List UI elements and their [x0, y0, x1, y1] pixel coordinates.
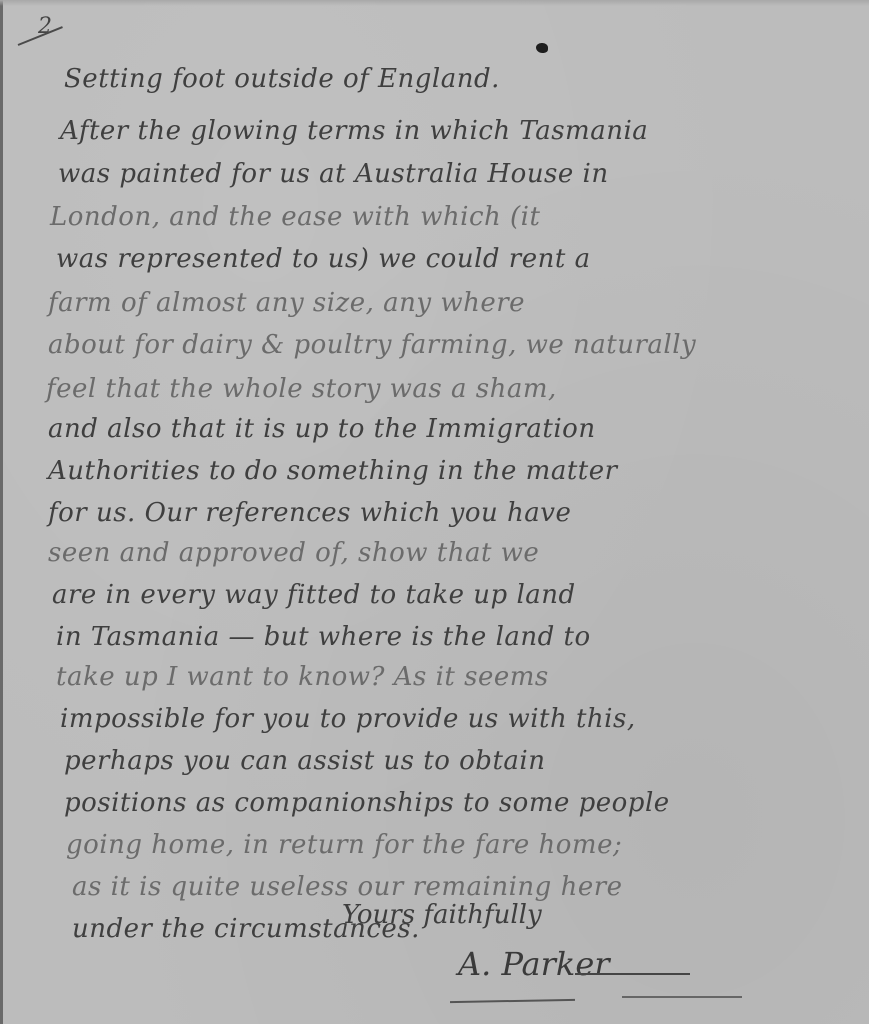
- letter-line: After the glowing terms in which Tasmani…: [60, 116, 648, 146]
- scan-edge: [0, 0, 3, 1024]
- letter-line: was represented to us) we could rent a: [56, 244, 591, 274]
- letter-line: perhaps you can assist us to obtain: [64, 746, 545, 776]
- letter-line: about for dairy & poultry farming, we na…: [48, 330, 696, 360]
- ink-blot: [536, 43, 548, 53]
- rule-line: [622, 996, 742, 998]
- letter-line: farm of almost any size, any where: [48, 288, 525, 318]
- letter-line: are in every way fitted to take up land: [52, 580, 576, 610]
- letter-line: impossible for you to provide us with th…: [60, 704, 636, 734]
- signature-underline: [575, 973, 690, 975]
- letter-line: was painted for us at Australia House in: [58, 159, 609, 189]
- letter-line: seen and approved of, show that we: [48, 538, 539, 568]
- letter-line: as it is quite useless our remaining her…: [72, 872, 623, 902]
- letter-line: take up I want to know? As it seems: [56, 662, 549, 692]
- letter-line: and also that it is up to the Immigratio…: [48, 414, 596, 444]
- letter-line: for us. Our references which you have: [48, 498, 571, 528]
- letter-line: in Tasmania — but where is the land to: [56, 622, 591, 652]
- scan-shadow: [0, 0, 869, 6]
- signature: A. Parker: [458, 945, 610, 983]
- letter-line: positions as companionships to some peop…: [64, 788, 670, 818]
- letter-line: going home, in return for the fare home;: [66, 830, 622, 860]
- letter-line: Setting foot outside of England.: [64, 64, 500, 94]
- closing: Yours faithfully: [342, 900, 542, 930]
- letter-line: Authorities to do something in the matte…: [48, 456, 618, 486]
- rule-line: [450, 999, 575, 1003]
- letter-line: feel that the whole story was a sham,: [46, 374, 557, 404]
- letter-page: 2 Setting foot outside of England.After …: [0, 0, 869, 1024]
- letter-line: London, and the ease with which (it: [50, 202, 540, 232]
